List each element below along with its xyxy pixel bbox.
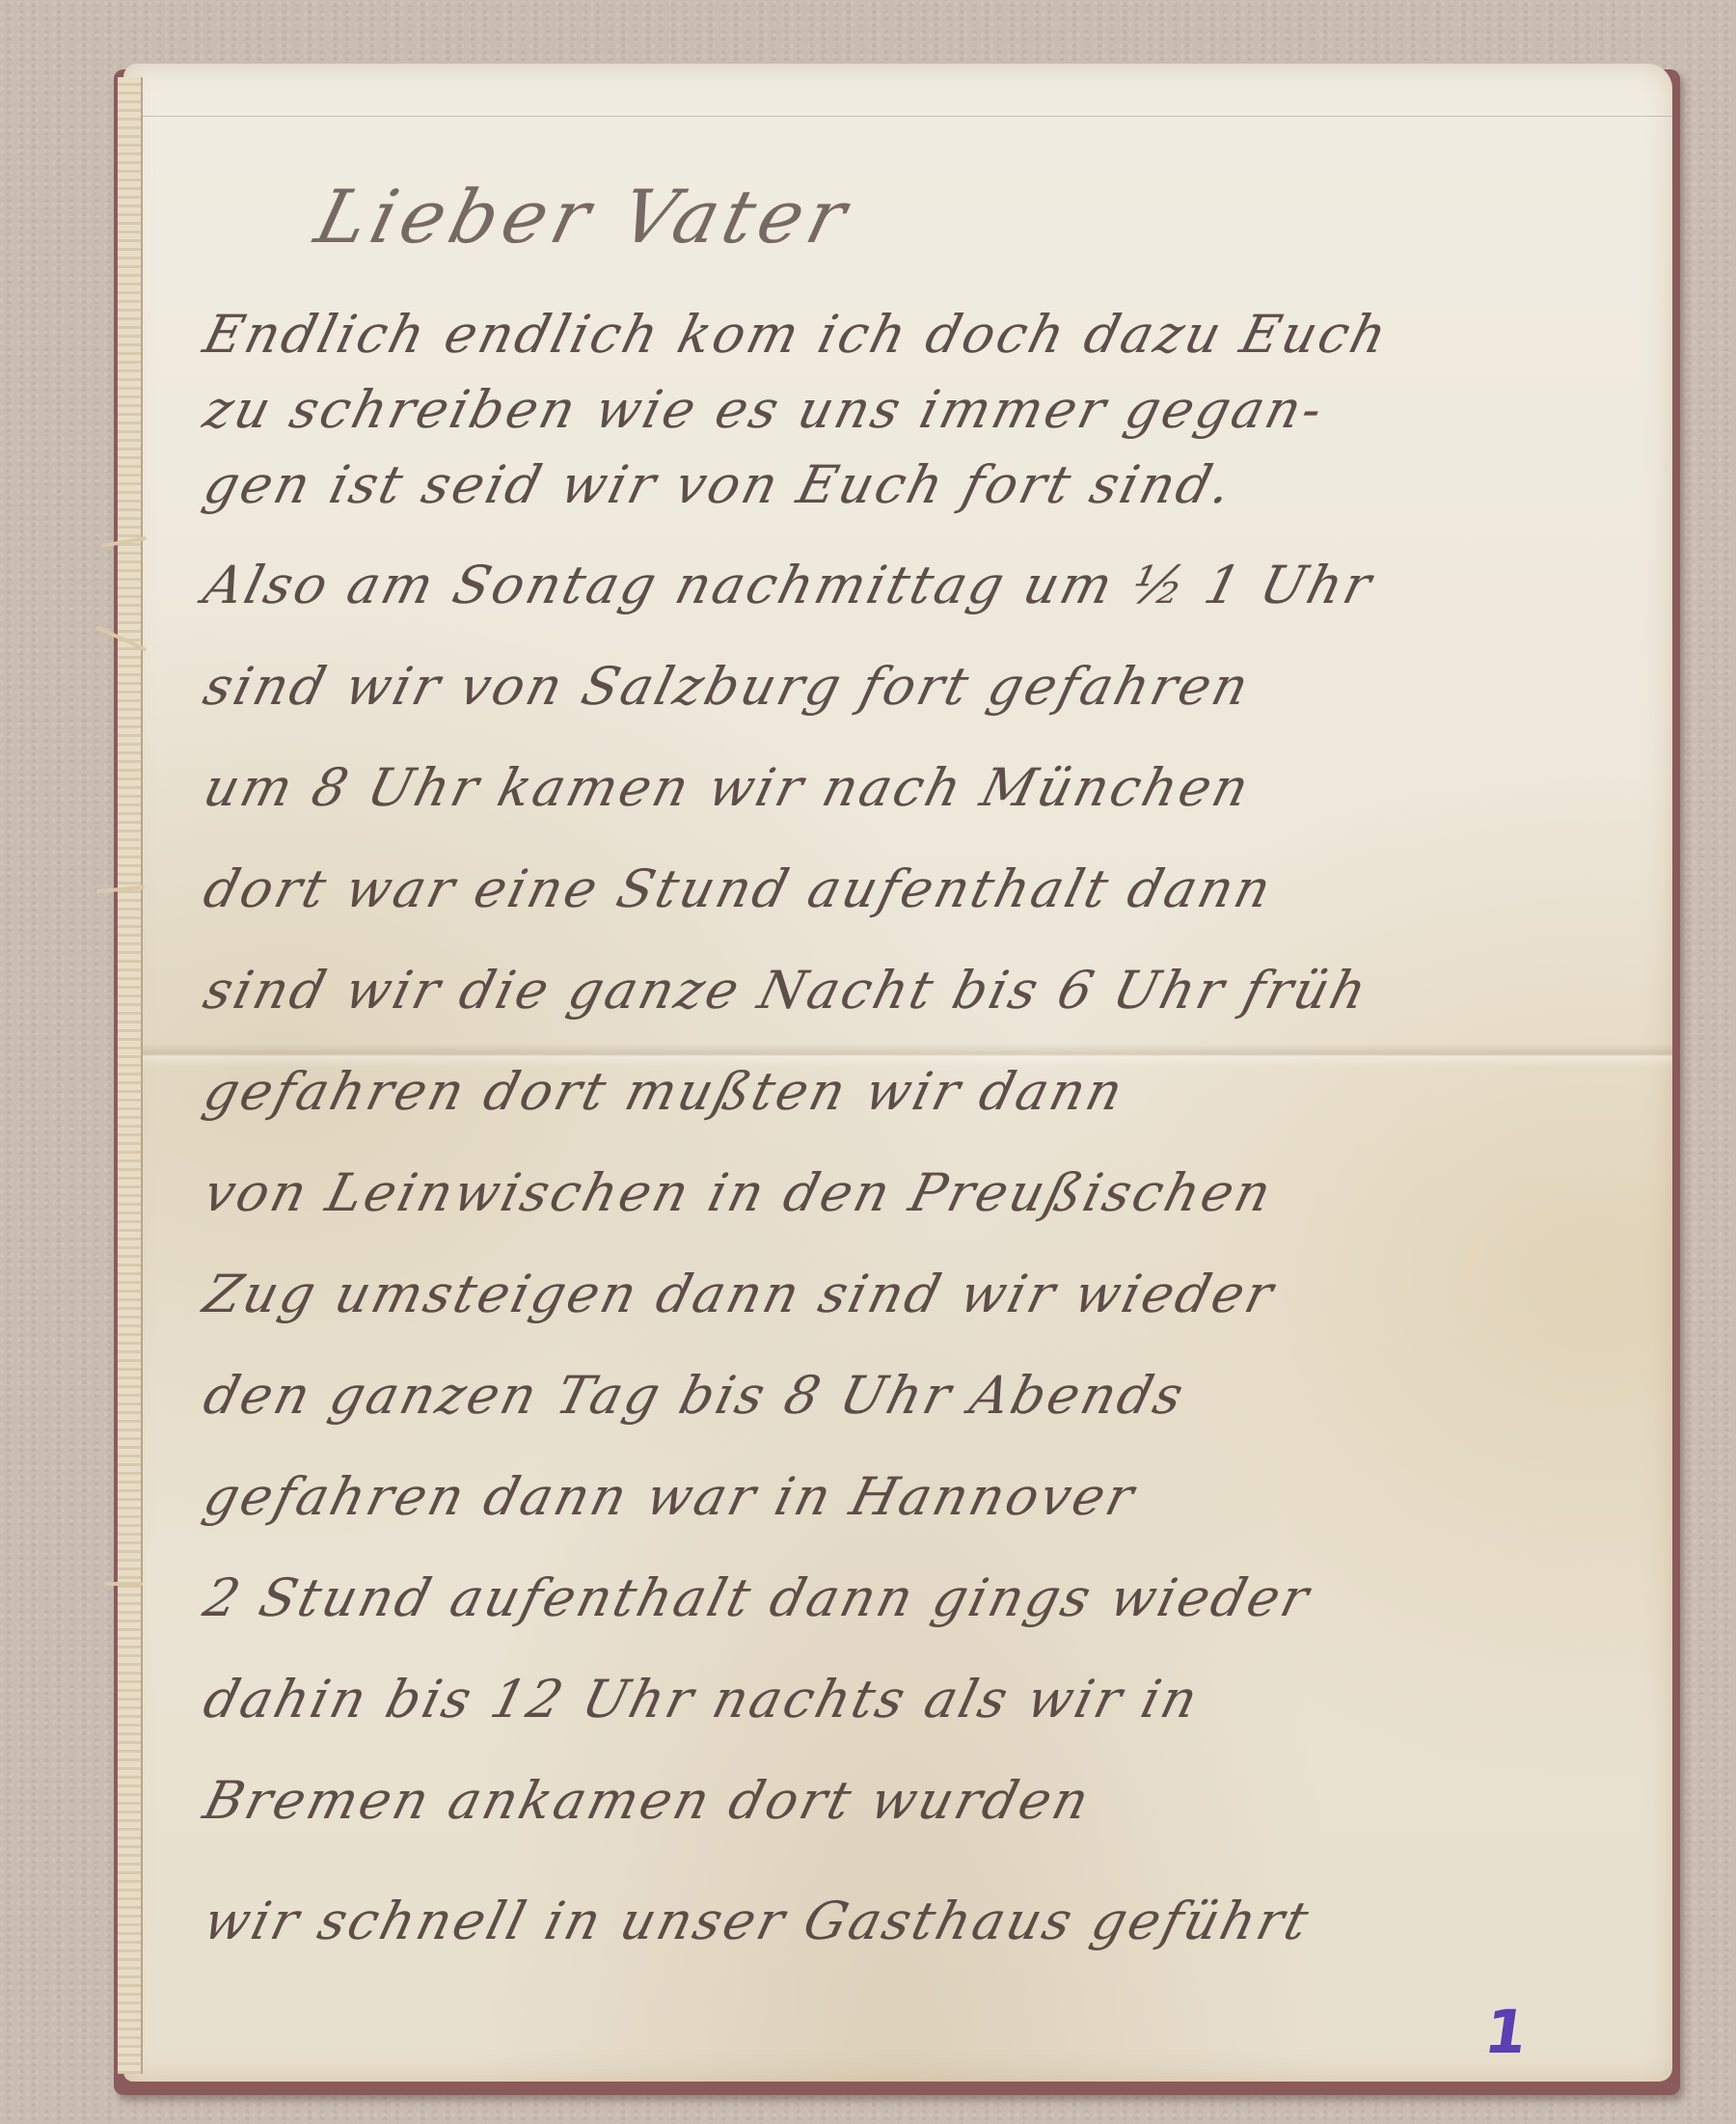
letter-line: den ganzen Tag bis 8 Uhr Abends [198,1365,1679,1426]
faint-top-rule [123,116,1672,117]
letter-line: zu schreiben wie es uns immer gegan- [198,379,1679,440]
letter-line: gefahren dann war in Hannover [198,1466,1679,1527]
letter-line: gen ist seid wir von Euch fort sind. [198,454,1679,515]
letter-line: sind wir die ganze Nacht bis 6 Uhr früh [198,960,1679,1021]
letter-line: dort war eine Stund aufenthalt dann [198,858,1679,919]
letter-line: um 8 Uhr kamen wir nach München [198,757,1679,818]
letter-line: Also am Sontag nachmittag um ½ 1 Uhr [198,555,1679,615]
letter-line: gefahren dort mußten wir dann [198,1061,1679,1122]
sewn-binding [118,77,143,2074]
binding-thread [104,1582,143,1586]
letter-line: Bremen ankamen dort wurden [198,1770,1679,1831]
letter-line: sind wir von Salzburg fort gefahren [198,656,1679,717]
letter-line: dahin bis 12 Uhr nachts als wir in [198,1669,1679,1729]
salutation: Lieber Vater [308,174,860,259]
letter-line: von Leinwischen in den Preußischen [198,1162,1679,1223]
letter-line: wir schnell in unser Gasthaus geführt [198,1891,1679,1951]
letter-line: 2 Stund aufenthalt dann gings wieder [198,1567,1679,1628]
letter-line: Endlich endlich kom ich doch dazu Euch [198,304,1679,365]
letter-line: Zug umsteigen dann sind wir wieder [198,1264,1679,1324]
